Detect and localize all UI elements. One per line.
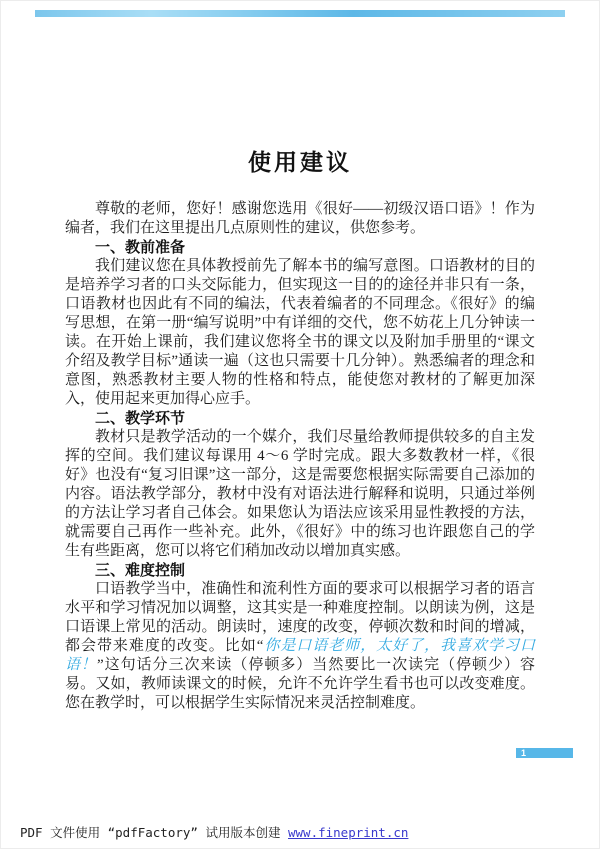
section-body-1: 我们建议您在具体教授前先了解本书的编写意图。口语教材的目的是培养学习者的口头交际…	[65, 257, 535, 409]
footer-text: PDF 文件使用 “pdfFactory” 试用版本创建	[20, 825, 288, 840]
section-heading-2: 二、教学环节	[65, 409, 535, 428]
page-number-tab: 1	[516, 748, 573, 758]
section-body-2: 教材只是教学活动的一个媒介，我们尽量给教师提供较多的自主发挥的空间。我们建议每课…	[65, 428, 535, 561]
document-page: 使用建议 尊敬的老师，您好！感谢您选用《很好——初级汉语口语》！作为编者，我们在…	[0, 0, 600, 849]
page-title: 使用建议	[0, 144, 600, 177]
section-heading-1: 一、教前准备	[65, 238, 535, 257]
section-heading-3: 三、难度控制	[65, 561, 535, 580]
footer-link[interactable]: www.fineprint.cn	[288, 825, 408, 840]
top-decorative-bar	[35, 10, 565, 17]
page-number: 1	[521, 748, 526, 758]
article-body: 尊敬的老师，您好！感谢您选用《很好——初级汉语口语》！作为编者，我们在这里提出几…	[65, 200, 535, 713]
section-body-3-after-quote: ”这句话分三次来读（停顿多）当然要比一次读完（停顿少）容易。又如，教师读课文的时…	[65, 657, 535, 711]
intro-paragraph: 尊敬的老师，您好！感谢您选用《很好——初级汉语口语》！作为编者，我们在这里提出几…	[65, 200, 535, 238]
pdf-trial-footer: PDF 文件使用 “pdfFactory” 试用版本创建 www.finepri…	[20, 823, 580, 841]
section-body-3: 口语教学当中，准确性和流利性方面的要求可以根据学习者的语言水平和学习情况加以调整…	[65, 580, 535, 713]
